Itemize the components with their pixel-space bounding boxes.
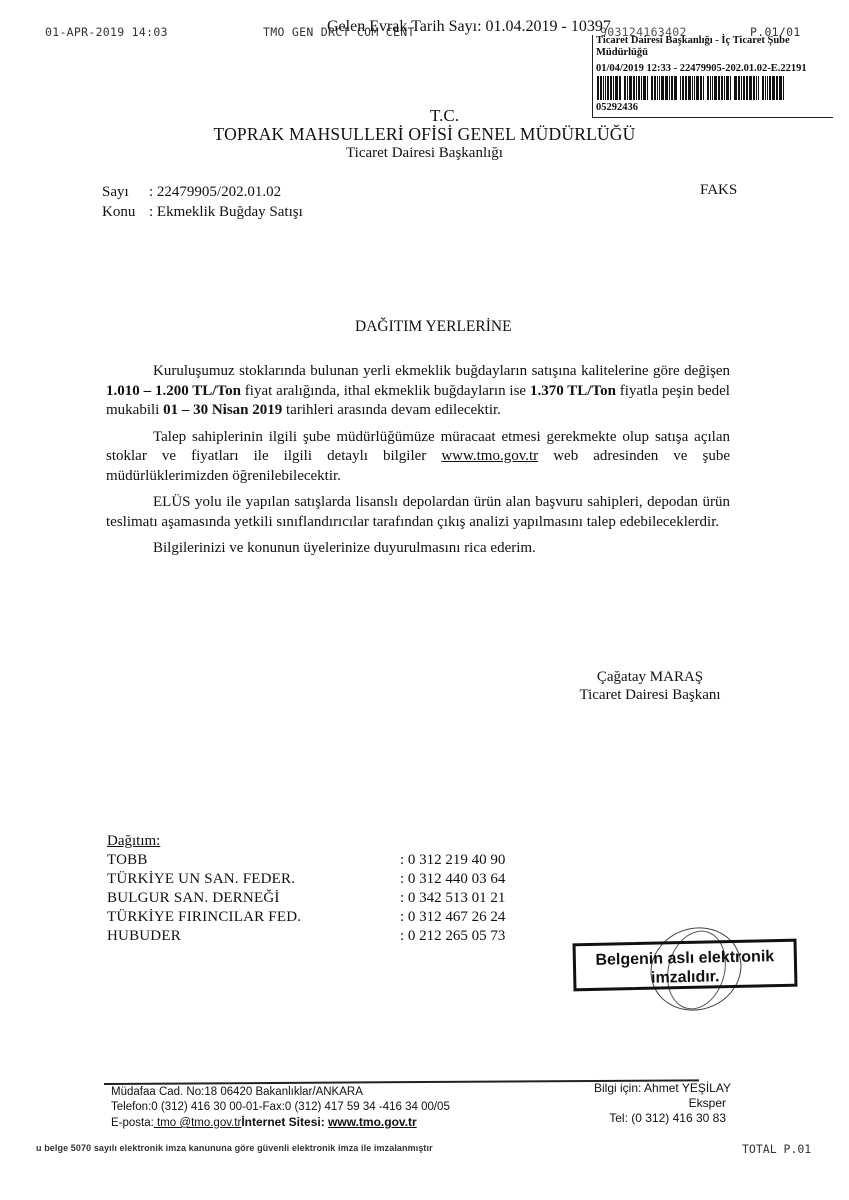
esign-notice: u belge 5070 sayılı elektronik imza kanu… bbox=[36, 1143, 433, 1153]
email-link[interactable]: tmo @tmo.gov.tr bbox=[154, 1117, 242, 1129]
website-link[interactable]: www.tmo.gov.tr bbox=[441, 448, 538, 464]
konu-label: Konu bbox=[102, 202, 149, 222]
paragraph-4: Bilgilerinizi ve konunun üyelerinize duy… bbox=[106, 539, 730, 559]
distribution-phone: : 0 312 440 03 64 bbox=[400, 870, 505, 889]
addressee-heading: DAĞITIM YERLERİNE bbox=[355, 318, 512, 336]
contact-phone: Tel: (0 312) 416 30 83 bbox=[596, 1111, 726, 1126]
footer-info-contact: Bilgi için: Ahmet YEŞİLAY Eksper Tel: (0… bbox=[596, 1081, 726, 1126]
distribution-row: TOBB: 0 312 219 40 90 bbox=[107, 851, 505, 870]
distribution-phone: : 0 312 219 40 90 bbox=[400, 851, 505, 870]
contact-person: Bilgi için: Ahmet YEŞİLAY bbox=[594, 1081, 726, 1096]
distribution-title: Dağıtım: bbox=[107, 832, 505, 851]
distribution-recipient: TÜRKİYE FIRINCILAR FED. bbox=[107, 908, 400, 927]
sayi-value: : 22479905/202.01.02 bbox=[149, 184, 281, 200]
footer-email-web: E-posta: tmo @tmo.gov.trİnternet Sitesi:… bbox=[111, 1115, 450, 1131]
distribution-recipient: TÜRKİYE UN SAN. FEDER. bbox=[107, 870, 400, 889]
konu-value: : Ekmeklik Buğday Satışı bbox=[149, 204, 303, 220]
distribution-recipient: HUBUDER bbox=[107, 927, 400, 946]
received-document-stamp: Gelen Evrak Tarih Sayı: 01.04.2019 - 103… bbox=[327, 18, 611, 36]
footer-contact: Müdafaa Cad. No:18 06420 Bakanlıklar/ANK… bbox=[111, 1085, 450, 1131]
barcode-icon bbox=[597, 76, 803, 100]
distribution-list: Dağıtım: TOBB: 0 312 219 40 90TÜRKİYE UN… bbox=[107, 832, 505, 946]
document-type: FAKS bbox=[700, 182, 737, 199]
esignature-stamp: Belgenin aslı elektronik imzalıdır. bbox=[573, 939, 798, 992]
contact-role: Eksper bbox=[596, 1096, 726, 1111]
footer-phone-fax: Telefon:0 (312) 416 30 00-01-Fax:0 (312)… bbox=[111, 1100, 450, 1115]
paragraph-2: Talep sahiplerinin ilgili şube müdürlüğü… bbox=[106, 428, 730, 487]
registry-reference: 01/04/2019 12:33 - 22479905-202.01.02-E.… bbox=[593, 63, 807, 75]
distribution-row: TÜRKİYE FIRINCILAR FED.: 0 312 467 26 24 bbox=[107, 908, 505, 927]
distribution-phone: : 0 342 513 01 21 bbox=[400, 889, 505, 908]
registry-unit: Ticaret Dairesi Başkanlığı - İç Ticaret … bbox=[593, 35, 833, 59]
letter-body: Kuruluşumuz stoklarında bulunan yerli ek… bbox=[106, 362, 730, 566]
department-name: Ticaret Dairesi Başkanlığı bbox=[0, 145, 849, 162]
fax-total-pages: TOTAL P.01 bbox=[742, 1142, 811, 1156]
distribution-recipient: TOBB bbox=[107, 851, 400, 870]
distribution-phone: : 0 212 265 05 73 bbox=[400, 927, 505, 946]
distribution-row: TÜRKİYE UN SAN. FEDER.: 0 312 440 03 64 bbox=[107, 870, 505, 889]
distribution-phone: : 0 312 467 26 24 bbox=[400, 908, 505, 927]
footer-website-link[interactable]: www.tmo.gov.tr bbox=[328, 1115, 417, 1129]
distribution-recipient: BULGUR SAN. DERNEĞİ bbox=[107, 889, 400, 908]
signatory-name: Çağatay MARAŞ bbox=[540, 668, 760, 686]
letterhead-tc: T.C. bbox=[0, 106, 849, 126]
distribution-row: BULGUR SAN. DERNEĞİ: 0 342 513 01 21 bbox=[107, 889, 505, 908]
paragraph-1: Kuruluşumuz stoklarında bulunan yerli ek… bbox=[106, 362, 730, 421]
sayi-label: Sayı bbox=[102, 182, 149, 202]
distribution-row: HUBUDER: 0 212 265 05 73 bbox=[107, 927, 505, 946]
organization-name: TOPRAK MAHSULLERİ OFİSİ GENEL MÜDÜRLÜĞÜ bbox=[0, 124, 849, 145]
signature-block: Çağatay MARAŞ Ticaret Dairesi Başkanı bbox=[540, 668, 760, 704]
paragraph-3: ELÜS yolu ile yapılan satışlarda lisansl… bbox=[106, 493, 730, 532]
fax-datetime: 01-APR-2019 14:03 bbox=[45, 25, 168, 39]
document-meta: Sayı: 22479905/202.01.02 Konu: Ekmeklik … bbox=[102, 182, 303, 222]
signatory-title: Ticaret Dairesi Başkanı bbox=[540, 686, 760, 704]
footer-address: Müdafaa Cad. No:18 06420 Bakanlıklar/ANK… bbox=[111, 1085, 450, 1100]
